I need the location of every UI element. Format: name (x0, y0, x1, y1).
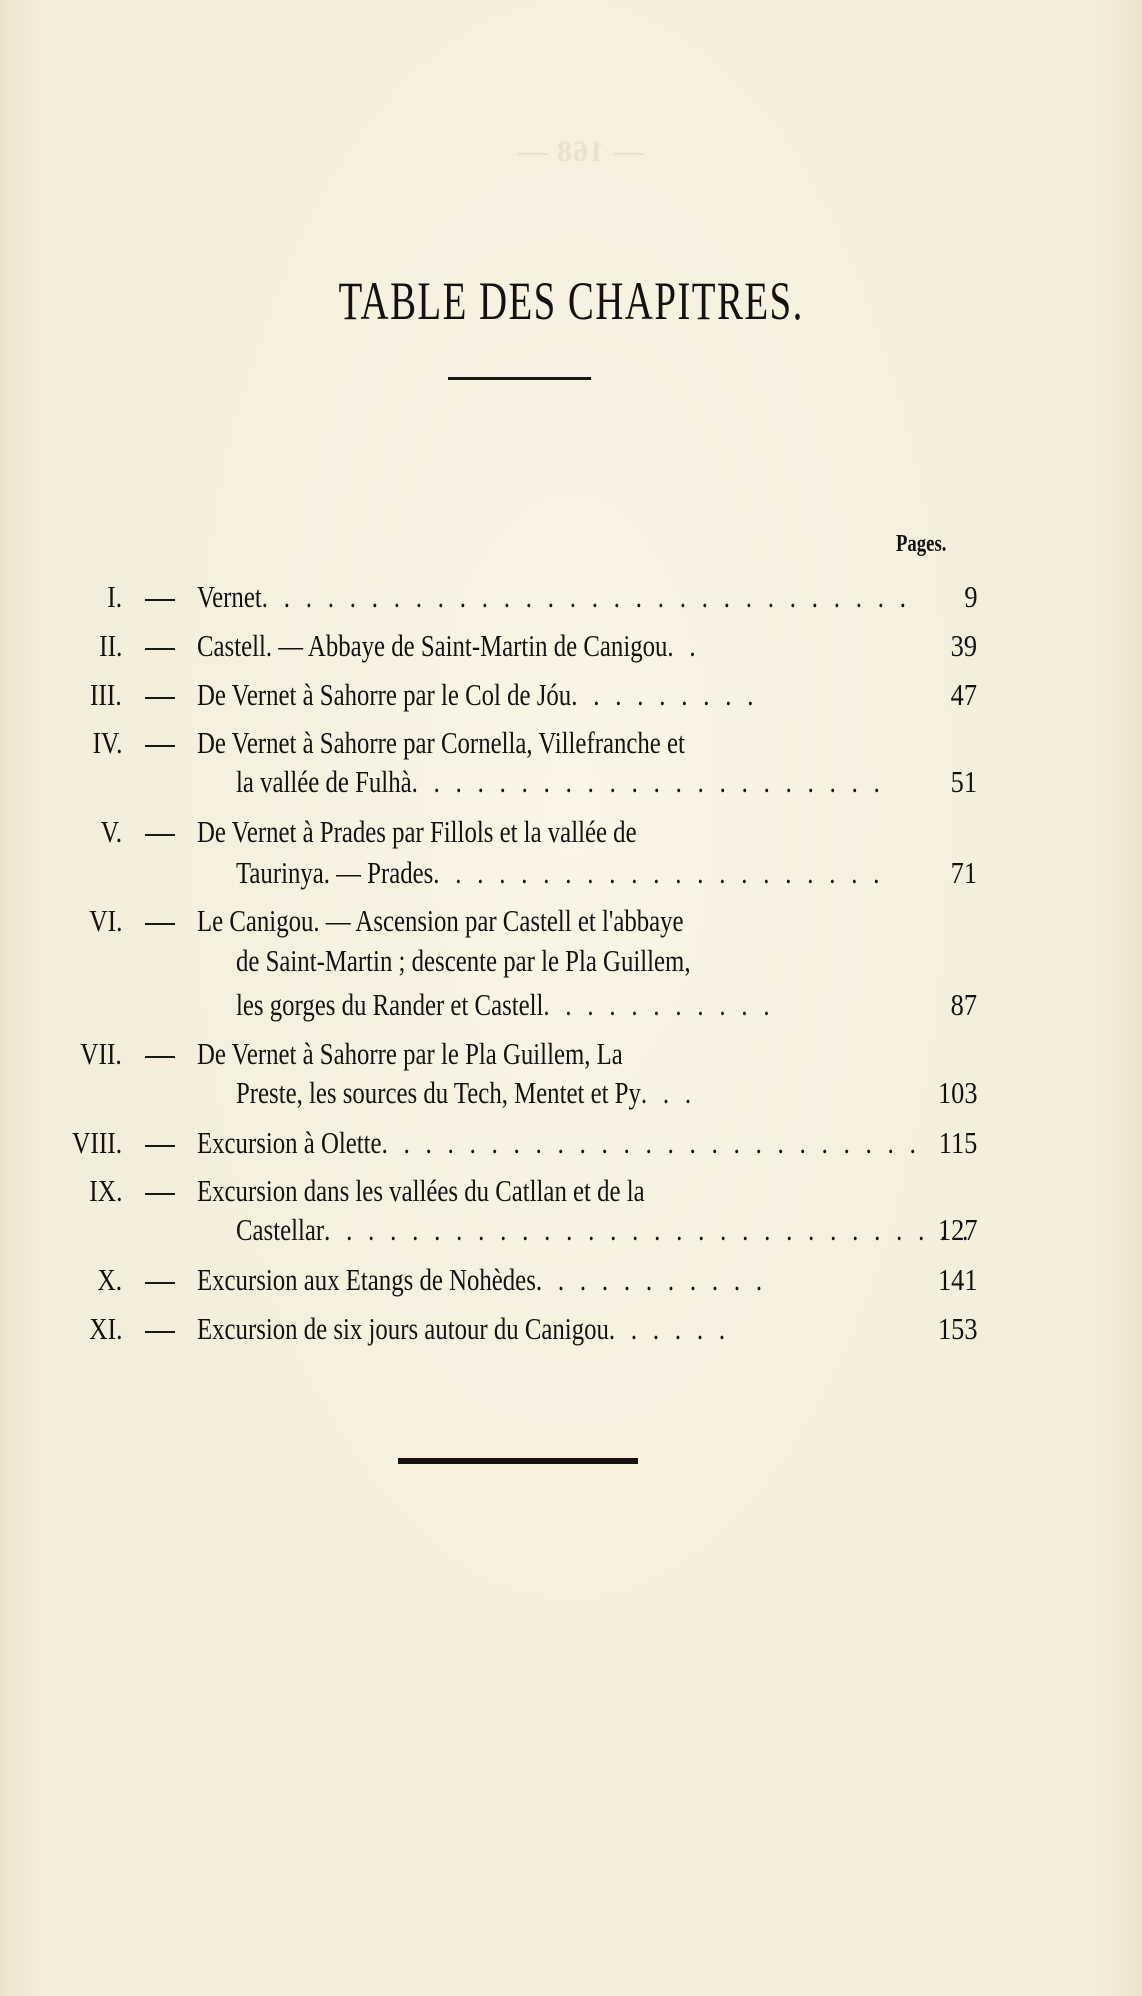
chapter-title-continuation: Castellar. . . . . . . . . . . . . . . .… (236, 1212, 973, 1248)
title-rule (448, 377, 591, 380)
chapter-numeral: II. (99, 628, 122, 664)
chapter-title: Excursion de six jours autour du Canigou… (197, 1311, 730, 1347)
pages-column-label: Pages. (896, 531, 946, 558)
chapter-page: 127 (937, 1212, 977, 1248)
chapter-numeral: X. (97, 1262, 122, 1298)
em-dash (145, 648, 175, 650)
chapter-numeral: IV. (92, 725, 122, 761)
chapter-numeral: III. (90, 677, 122, 713)
chapter-page: 39 (951, 628, 977, 664)
chapter-page: 141 (937, 1262, 977, 1298)
em-dash (145, 834, 175, 836)
chapter-page: 115 (938, 1125, 977, 1161)
em-dash (145, 1056, 175, 1058)
em-dash (145, 599, 175, 601)
em-dash (145, 923, 175, 925)
chapter-numeral: IX. (89, 1173, 122, 1209)
chapter-entry-6-continuation-1: de Saint-Martin ; descente par le Pla Gu… (0, 943, 1142, 992)
em-dash (145, 697, 175, 699)
em-dash (145, 1282, 175, 1284)
closing-rule (398, 1458, 638, 1464)
chapter-title: De Vernet à Sahorre par le Col de Jóu. .… (197, 677, 758, 713)
chapter-title-continuation: les gorges du Rander et Castell. . . . .… (236, 987, 774, 1023)
chapter-numeral: I. (107, 579, 122, 615)
chapter-entry-5-continuation: Taurinya. — Prades. . . . . . . . . . . … (0, 855, 1142, 904)
chapter-entry-10: X. Excursion aux Etangs de Nohèdes. . . … (0, 1262, 1142, 1311)
chapter-page: 47 (951, 677, 977, 713)
chapter-numeral: VII. (80, 1036, 122, 1072)
bleed-through-text: — 168 — (200, 135, 960, 169)
chapter-entry-9-continuation: Castellar. . . . . . . . . . . . . . . .… (0, 1212, 1142, 1261)
em-dash (145, 745, 175, 747)
chapter-title: De Vernet à Sahorre par Cornella, Villef… (197, 725, 685, 761)
chapter-numeral: VIII. (72, 1125, 122, 1161)
em-dash (145, 1193, 175, 1195)
page-title-text: TABLE DES CHAPITRES. (338, 270, 803, 332)
chapter-entry-8: VIII. Excursion à Olette. . . . . . . . … (0, 1125, 1142, 1174)
chapter-entry-2: II. Castell. — Abbaye de Saint-Martin de… (0, 628, 1142, 677)
chapter-entry-1: I. Vernet. . . . . . . . . . . . . . . .… (0, 579, 1142, 628)
chapter-title-continuation: de Saint-Martin ; descente par le Pla Gu… (236, 943, 691, 979)
chapter-numeral: XI. (89, 1311, 122, 1347)
em-dash (145, 1331, 175, 1333)
chapter-entry-7-continuation: Preste, les sources du Tech, Mentet et P… (0, 1075, 1142, 1124)
chapter-title: Castell. — Abbaye de Saint-Martin de Can… (197, 628, 700, 664)
page-title: TABLE DES CHAPITRES. (0, 270, 1142, 332)
chapter-title: Excursion aux Etangs de Nohèdes. . . . .… (197, 1262, 767, 1298)
chapter-numeral: V. (101, 814, 122, 850)
chapter-page: 71 (951, 855, 977, 891)
chapter-entry-3: III. De Vernet à Sahorre par le Col de J… (0, 677, 1142, 726)
chapter-entry-6-continuation-2: les gorges du Rander et Castell. . . . .… (0, 987, 1142, 1036)
chapter-numeral: VI. (89, 903, 122, 939)
chapter-page: 51 (951, 764, 977, 800)
chapter-page: 9 (964, 579, 977, 615)
chapter-page: 87 (951, 987, 977, 1023)
em-dash (145, 1145, 175, 1147)
chapter-page: 103 (937, 1075, 977, 1111)
chapter-title-continuation: la vallée de Fulhà. . . . . . . . . . . … (236, 764, 885, 800)
chapter-entry-4-continuation: la vallée de Fulhà. . . . . . . . . . . … (0, 764, 1142, 813)
chapter-page: 153 (937, 1311, 977, 1347)
chapter-title: Excursion dans les vallées du Catllan et… (197, 1173, 645, 1209)
chapter-title-continuation: Taurinya. — Prades. . . . . . . . . . . … (236, 855, 884, 891)
chapter-title: Vernet. . . . . . . . . . . . . . . . . … (197, 579, 911, 615)
chapter-title-continuation: Preste, les sources du Tech, Mentet et P… (236, 1075, 696, 1111)
chapter-title: De Vernet à Sahorre par le Pla Guillem, … (197, 1036, 623, 1072)
chapter-entry-11: XI. Excursion de six jours autour du Can… (0, 1311, 1142, 1360)
chapter-title: De Vernet à Prades par Fillols et la val… (197, 814, 637, 850)
chapter-title: Excursion à Olette. . . . . . . . . . . … (197, 1125, 921, 1161)
chapter-title: Le Canigou. — Ascension par Castell et l… (197, 903, 684, 939)
